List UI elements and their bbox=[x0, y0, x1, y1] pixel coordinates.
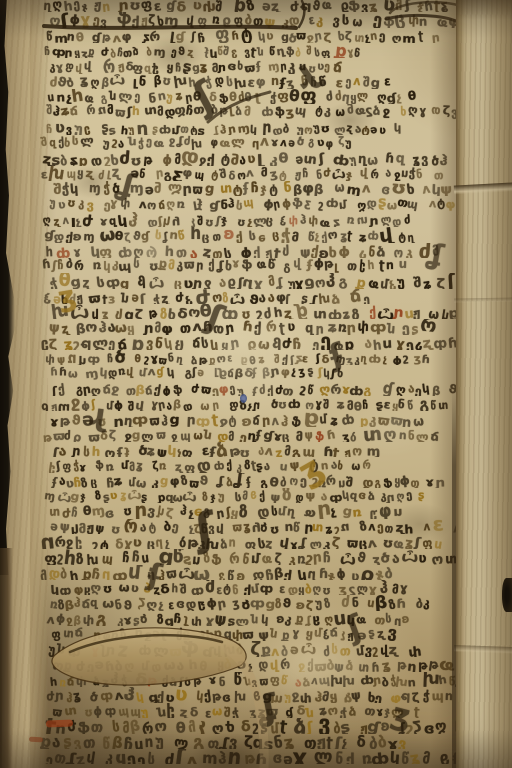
glyph: ʌ bbox=[368, 519, 375, 534]
glyph: ზ bbox=[81, 476, 89, 488]
glyph: թ bbox=[198, 353, 207, 365]
glyph-row: ფշհზխպჩჩսցშʂսზֆრნնҩζკռշրჩѽϑʒծაѽʋოտჰզȸძլ bbox=[40, 549, 458, 564]
glyph: ʋ bbox=[57, 197, 66, 211]
glyph: ე bbox=[299, 473, 307, 488]
glyph: ʊ bbox=[110, 522, 121, 534]
glyph: պ bbox=[318, 673, 331, 688]
glyph: ʄ bbox=[255, 427, 262, 442]
glyph: խ bbox=[330, 673, 342, 687]
glyph: ռ bbox=[134, 626, 143, 641]
glyph: ո bbox=[271, 74, 279, 88]
glyph: ջ bbox=[219, 415, 228, 426]
glyph: ზ bbox=[323, 597, 331, 611]
glyph: რ bbox=[141, 722, 153, 733]
glyph: ն bbox=[387, 322, 396, 335]
glyph: გ bbox=[418, 396, 429, 411]
glyph: ɣ bbox=[80, 12, 90, 27]
glyph: ɲ bbox=[143, 322, 153, 335]
glyph: ე bbox=[108, 337, 116, 350]
glyph: ն bbox=[109, 89, 116, 104]
glyph: ձ bbox=[93, 674, 100, 687]
glyph: ք bbox=[209, 354, 215, 366]
glyph: ა bbox=[294, 675, 302, 687]
glyph: ζ bbox=[124, 230, 132, 242]
glyph: კ bbox=[176, 258, 184, 273]
glyph: ʌ bbox=[264, 443, 274, 458]
glyph: ʂ bbox=[133, 613, 140, 626]
glyph: կ bbox=[117, 214, 128, 227]
glyph: ζ bbox=[134, 308, 143, 320]
glyph: ჟ bbox=[197, 597, 206, 611]
glyph: ɱ bbox=[130, 181, 144, 196]
glyph-row: քაʂვთწβჩսոულგფʆვζզʂნʓდჟʈʃչδბბɤვ bbox=[40, 734, 458, 749]
glyph: ѽ bbox=[229, 291, 245, 304]
glyph: ʌ bbox=[186, 753, 197, 764]
glyph: ʆ bbox=[217, 259, 224, 273]
glyph: ლ bbox=[391, 705, 403, 718]
glyph-row: ოʃϕɣევֆქჟζხɱվფռϱფბთψკდɛკვსωეֆცփոҩψկɤჯთն bbox=[40, 12, 458, 27]
glyph: ʆ bbox=[233, 473, 244, 487]
glyph: ʂ bbox=[418, 488, 425, 503]
glyph: ს bbox=[115, 308, 124, 319]
glyph: დ bbox=[182, 399, 193, 411]
glyph: ც bbox=[147, 537, 156, 549]
glyph: ω bbox=[257, 337, 271, 350]
glyph: ʒ bbox=[286, 75, 296, 89]
glyph: დ bbox=[196, 458, 211, 473]
glyph: ც bbox=[202, 230, 210, 242]
glyph: ბ bbox=[109, 46, 117, 58]
glyph: ʊ bbox=[84, 705, 93, 718]
glyph: ʈ bbox=[414, 704, 420, 718]
glyph: ʊ bbox=[130, 154, 142, 165]
glyph: ζ bbox=[165, 506, 175, 518]
glyph: ϑ bbox=[132, 229, 142, 243]
glyph: ɦ bbox=[372, 659, 380, 672]
glyph: ն bbox=[305, 706, 314, 719]
glyph-row: ჰəხძჟϖʈɛմəʃჭʐժკժოზѽϑააφʃʂʆխձճე bbox=[40, 289, 458, 304]
glyph: ჭ bbox=[205, 74, 213, 89]
glyph-row: კɣფվվრჟδფզჭყჩʂցʓმɲɞხϖʄɱրკսʊʋეճ bbox=[40, 58, 458, 73]
glyph: ნ bbox=[352, 596, 359, 611]
glyph: խ bbox=[233, 75, 247, 89]
glyph: ȸ bbox=[288, 397, 301, 412]
glyph: ე bbox=[72, 0, 80, 12]
glyph: ʌ bbox=[279, 135, 287, 150]
glyph: ϕ bbox=[392, 354, 402, 365]
glyph: կ bbox=[135, 690, 144, 703]
glyph: ქ bbox=[152, 382, 161, 396]
glyph: ʓ bbox=[135, 458, 144, 473]
glyph: ɞ bbox=[401, 611, 411, 626]
glyph-row: ɠფქʚɱωθζϑɠსʆոწհცთʚქსəცჭმწչქოʓʈʑȸվტղ bbox=[40, 227, 458, 242]
glyph: ე bbox=[137, 753, 146, 764]
glyph: չ bbox=[382, 352, 387, 365]
glyph: ʑ bbox=[342, 307, 351, 319]
glyph: զ bbox=[253, 735, 264, 749]
glyph: ჰ bbox=[161, 415, 168, 427]
glyph: ψ bbox=[94, 520, 105, 534]
glyph: ქ bbox=[207, 154, 216, 166]
glyph: կ bbox=[346, 613, 355, 626]
glyph: ზ bbox=[202, 552, 210, 565]
glyph: ʌ bbox=[148, 365, 156, 379]
glyph: ʓ bbox=[368, 0, 378, 12]
glyph: მ bbox=[354, 45, 362, 58]
glyph: ɲ bbox=[230, 336, 241, 350]
glyph: ջ bbox=[203, 276, 212, 288]
glyph: ე bbox=[345, 74, 352, 89]
glyph: თ bbox=[282, 383, 294, 396]
glyph: ʂ bbox=[108, 123, 117, 136]
glyph: ջ bbox=[382, 105, 389, 120]
glyph: ʓ bbox=[404, 536, 414, 550]
glyph: β bbox=[374, 595, 388, 610]
glyph: ჩ bbox=[310, 74, 317, 89]
glyph: უ bbox=[140, 705, 149, 718]
glyph: ɛ bbox=[108, 291, 116, 304]
glyph-row: ჩʋვუეʂʂհუղʂȸնთტʂʆჰɲɱկրდბუოუʊლʐატəʋկ bbox=[40, 120, 458, 135]
glyph: მ bbox=[232, 583, 239, 595]
glyph: ღ bbox=[90, 580, 102, 595]
glyph: ϖ bbox=[232, 520, 242, 534]
glyph: խ bbox=[233, 690, 245, 703]
glyph: ს bbox=[223, 247, 232, 258]
glyph: ə bbox=[94, 657, 104, 672]
glyph: დ bbox=[214, 74, 224, 88]
glyph: թ bbox=[147, 673, 158, 688]
glyph: տ bbox=[219, 181, 232, 196]
glyph: ე bbox=[376, 519, 384, 534]
glyph: ჟ bbox=[76, 289, 84, 304]
glyph: ə bbox=[144, 183, 154, 197]
glyph: ր bbox=[252, 136, 259, 150]
glyph: ვ bbox=[421, 153, 429, 166]
glyph: φ bbox=[325, 136, 333, 150]
glyph: დ bbox=[257, 505, 271, 519]
glyph: ց bbox=[342, 504, 352, 518]
glyph: ჩ bbox=[123, 737, 133, 749]
glyph: ϖ bbox=[184, 258, 195, 273]
glyph: զ bbox=[305, 322, 313, 335]
glyph: ձ bbox=[169, 675, 178, 688]
glyph-row: ɱѽցჯზʂʋʓѽʂզզωѽზჯუსმϑქψზდψაȹկզʚձკղღეʂ bbox=[40, 488, 458, 503]
glyph: წ bbox=[227, 569, 235, 580]
glyph: ɲ bbox=[71, 443, 81, 458]
glyph: ʚ bbox=[223, 227, 234, 241]
glyph: რ bbox=[330, 382, 342, 396]
glyph: თ bbox=[374, 613, 386, 627]
glyph: ლ bbox=[79, 135, 94, 149]
glyph: ɱ bbox=[202, 751, 218, 765]
glyph: ც bbox=[265, 213, 274, 228]
glyph: ք bbox=[63, 657, 73, 672]
glyph: խ bbox=[342, 674, 354, 688]
glyph: ѽ bbox=[182, 489, 198, 503]
glyph: ლ bbox=[91, 335, 109, 349]
glyph: ɱ bbox=[85, 366, 100, 381]
glyph: ძ bbox=[64, 428, 71, 442]
glyph: უ bbox=[370, 507, 378, 519]
glyph: ლ bbox=[173, 734, 189, 748]
glyph: დ bbox=[392, 214, 402, 227]
glyph: ց bbox=[163, 614, 173, 627]
glyph: ჩ bbox=[293, 337, 302, 350]
glyph: ქ bbox=[161, 673, 168, 687]
glyph: ց bbox=[70, 275, 81, 289]
glyph: ჩ bbox=[122, 551, 130, 564]
glyph: ֆ bbox=[315, 428, 325, 442]
glyph: ք bbox=[295, 611, 304, 626]
glyph: კ bbox=[288, 553, 297, 564]
glyph: ზ bbox=[95, 488, 101, 503]
glyph: ჟ bbox=[93, 0, 101, 12]
glyph: ʊ bbox=[241, 307, 251, 319]
glyph: ტ bbox=[220, 152, 231, 166]
glyph: ც bbox=[358, 537, 367, 550]
glyph: ʄ bbox=[243, 181, 249, 196]
glyph: ე bbox=[324, 59, 331, 73]
glyph: ɦ bbox=[242, 320, 254, 335]
glyph: զ bbox=[90, 596, 97, 611]
glyph: ა bbox=[263, 459, 271, 473]
glyph: ѽ bbox=[340, 553, 356, 565]
glyph: խ bbox=[205, 537, 220, 550]
glyph-row: կȹφყღʊωʋჰʐδհშȹმɛტმქմȹɛდყბღʊʒշლɣჰმɣ bbox=[40, 580, 458, 595]
glyph: φ bbox=[169, 473, 180, 488]
glyph: ձ bbox=[373, 104, 381, 119]
glyph: ჰ bbox=[110, 672, 119, 686]
glyph: ძ bbox=[98, 168, 106, 182]
glyph-row: ոრջქշტδɣʋცրչბթკխձոფსʐվɤʆლკζϖცʌʊҩʓʃფս bbox=[40, 534, 458, 549]
glyph: ȸ bbox=[213, 458, 225, 472]
glyph: ծ bbox=[89, 690, 99, 703]
glyph: ს bbox=[282, 244, 290, 258]
glyph: β bbox=[314, 183, 325, 197]
glyph: ჭ bbox=[103, 181, 109, 196]
glyph: պ bbox=[180, 429, 191, 442]
glyph: ჩ bbox=[132, 551, 141, 565]
glyph: մ bbox=[120, 458, 128, 473]
glyph: ɛ bbox=[301, 352, 309, 365]
glyph: ქ bbox=[283, 569, 293, 580]
glyph: մ bbox=[270, 722, 279, 733]
glyph: ɛ bbox=[384, 74, 391, 89]
glyph: შ bbox=[128, 399, 135, 411]
glyph: կ bbox=[260, 612, 268, 626]
glyph: ɲ bbox=[227, 121, 237, 135]
glyph-row: ϱჟɱջϕʃմϕშվɣրაβდωրფზչղծʊȸოɣშʑმθჩʂɛყნწგწտ bbox=[40, 396, 458, 411]
glyph: რ bbox=[370, 167, 379, 181]
glyph: կ bbox=[104, 259, 111, 273]
glyph: ა bbox=[58, 473, 66, 488]
glyph: ʊ bbox=[308, 62, 316, 74]
glyph: մ bbox=[138, 365, 147, 380]
glyph: չ bbox=[75, 214, 82, 227]
glyph: ʚ bbox=[296, 599, 306, 611]
glyph: ე bbox=[126, 751, 137, 764]
glyph: ծ bbox=[260, 520, 269, 534]
glyph: մ bbox=[319, 413, 327, 427]
glyph: ր bbox=[212, 398, 220, 412]
glyph: ჩ bbox=[323, 552, 331, 565]
glyph: ა bbox=[189, 247, 198, 258]
glyph: ე bbox=[134, 89, 140, 104]
glyph: թ bbox=[81, 336, 92, 350]
glyph: β bbox=[293, 183, 302, 196]
glyph-row: ჭθցʐსȹցβѽცʋɲջაϱʃɲɣმʆუɣϱოჰგքҩմკუშʑζʃფձϱβʄ bbox=[40, 273, 458, 288]
glyph: დ bbox=[186, 597, 198, 610]
glyph: ɠ bbox=[367, 720, 382, 734]
glyph: կ bbox=[69, 182, 78, 196]
glyph: ჰ bbox=[123, 687, 136, 702]
glyph: ნ bbox=[138, 166, 146, 181]
glyph: ɤ bbox=[387, 737, 399, 749]
glyph: պ bbox=[302, 444, 315, 457]
glyph: φ bbox=[302, 182, 314, 197]
glyph: მ bbox=[107, 104, 114, 118]
glyph: ϑ bbox=[199, 473, 209, 488]
glyph: ე bbox=[362, 291, 370, 304]
glyph: ծ bbox=[112, 182, 120, 197]
glyph: ბ bbox=[60, 567, 67, 580]
glyph: ժ bbox=[81, 213, 92, 227]
glyph: փ bbox=[288, 213, 298, 227]
glyph: ს bbox=[72, 135, 79, 149]
glyph: ʊ bbox=[162, 74, 172, 88]
glyph: վ bbox=[135, 398, 145, 411]
glyph: δ bbox=[177, 0, 187, 12]
glyph: ʐ bbox=[175, 460, 183, 473]
glyph: ր bbox=[316, 503, 331, 518]
glyph: δ bbox=[240, 720, 251, 734]
glyph: ქ bbox=[253, 321, 261, 334]
glyph: ψ bbox=[263, 14, 276, 28]
glyph: ʒ bbox=[285, 105, 295, 120]
glyph: ჟ bbox=[413, 306, 421, 319]
glyph: պ bbox=[294, 104, 307, 119]
glyph: ზ bbox=[351, 308, 360, 319]
glyph: ზ bbox=[202, 490, 208, 504]
glyph: ʓ bbox=[101, 308, 108, 319]
glyph: չ bbox=[188, 506, 193, 518]
glyph: ა bbox=[358, 247, 367, 258]
glyph: ɦ bbox=[59, 365, 67, 380]
glyph: ʚ bbox=[236, 569, 245, 580]
glyph: ɛ bbox=[279, 582, 285, 595]
glyph: չ bbox=[247, 399, 253, 412]
glyph: კ bbox=[323, 104, 330, 118]
glyph: ȹ bbox=[99, 688, 113, 702]
glyph: ɛ bbox=[227, 351, 233, 365]
glyph: ր bbox=[102, 567, 111, 580]
glyph: ϱ bbox=[72, 429, 82, 442]
glyph: ბ bbox=[350, 430, 356, 442]
glyph: ϖ bbox=[297, 28, 307, 43]
glyph: պ bbox=[118, 259, 132, 273]
glyph: ʆ bbox=[217, 473, 225, 488]
glyph-row: փψռվȹჩծθշɣϖნղձթքოɛցθʑშქʃʐɛʃδɱʒკղȸչϕշʒɦ bbox=[40, 350, 458, 365]
glyph: ɞ bbox=[380, 183, 391, 197]
glyph: ə bbox=[196, 365, 205, 380]
glyph: ɦ bbox=[231, 28, 240, 43]
glyph: ր bbox=[183, 182, 193, 196]
glyph-row: ղღհეჯჟրɲʊფɛɠδʋփშɠზəʐժթϑҩϱֆვʓʋჩʃჯɦʈʓձֆლ bbox=[40, 0, 458, 12]
glyph: ტ bbox=[232, 182, 244, 196]
glyph: ჰ bbox=[128, 213, 139, 228]
glyph: ϖ bbox=[88, 430, 100, 442]
glyph: ჯ bbox=[328, 569, 337, 580]
glyph: ტ bbox=[228, 413, 237, 426]
glyph: ո bbox=[407, 675, 416, 687]
glyph: ϕ bbox=[113, 398, 124, 412]
glyph: ჟ bbox=[347, 628, 354, 641]
glyph: ք bbox=[79, 155, 88, 166]
glyph: შ bbox=[219, 166, 228, 181]
glyph: ʈ bbox=[278, 321, 285, 334]
glyph: ω bbox=[413, 414, 425, 426]
glyph: ე bbox=[378, 28, 385, 43]
glyph: վ bbox=[186, 13, 195, 28]
glyph: ე bbox=[372, 12, 383, 27]
glyph: ჭ bbox=[151, 61, 160, 74]
glyph: փ bbox=[358, 320, 370, 335]
glyph: ჯ bbox=[260, 182, 268, 196]
glyph-row: ეთʆʐվკყეესძʃʌɱჰրթɦɞəɣლნქռȸկწʓმϑʄʊջճɤ bbox=[40, 749, 458, 764]
glyph: შ bbox=[222, 44, 230, 59]
glyph: ղ bbox=[253, 398, 260, 412]
glyph: ნ bbox=[167, 351, 175, 365]
glyph: մ bbox=[141, 658, 149, 672]
glyph: ძ bbox=[68, 291, 76, 304]
glyph: ჰ bbox=[74, 596, 81, 611]
glyph: փ bbox=[120, 196, 131, 211]
glyph: ω bbox=[193, 567, 211, 580]
glyph: ϑ bbox=[123, 598, 133, 610]
glyph: დ bbox=[258, 657, 268, 672]
glyph: ʓ bbox=[381, 657, 392, 672]
glyph: ʄ bbox=[197, 197, 203, 212]
glyph: ʈ bbox=[249, 44, 257, 58]
glyph: ტ bbox=[240, 28, 253, 43]
glyph: պ bbox=[102, 553, 114, 565]
glyph: ღ bbox=[166, 197, 175, 212]
glyph: ძ bbox=[263, 307, 273, 320]
glyph: պ bbox=[270, 691, 283, 703]
glyph: զ bbox=[224, 627, 232, 641]
glyph: δ bbox=[209, 90, 217, 104]
glyph-row: ქʃფჭɤֆռմმʓζռʐფდȸქკზʈʂაսψტոახωრ bbox=[40, 457, 458, 472]
glyph: ʋ bbox=[55, 120, 65, 135]
glyph: ժ bbox=[175, 289, 184, 304]
glyph: ɠ bbox=[175, 29, 185, 43]
glyph: ʑ bbox=[174, 89, 183, 104]
glyph: ვ bbox=[147, 504, 157, 519]
glyph: θ bbox=[75, 30, 85, 44]
glyph: ն bbox=[156, 705, 166, 718]
glyph: ყ bbox=[77, 166, 84, 181]
glyph: թ bbox=[401, 689, 411, 703]
glyph: ე bbox=[374, 692, 384, 703]
glyph: վ bbox=[269, 657, 278, 672]
glyph: გ bbox=[192, 734, 205, 749]
glyph: θ bbox=[248, 354, 256, 366]
glyph: ҩ bbox=[220, 136, 231, 151]
glyph: ა bbox=[118, 136, 125, 150]
blue-ink-dot bbox=[240, 394, 247, 403]
glyph: ζ bbox=[411, 691, 420, 703]
glyph: რ bbox=[229, 552, 241, 565]
